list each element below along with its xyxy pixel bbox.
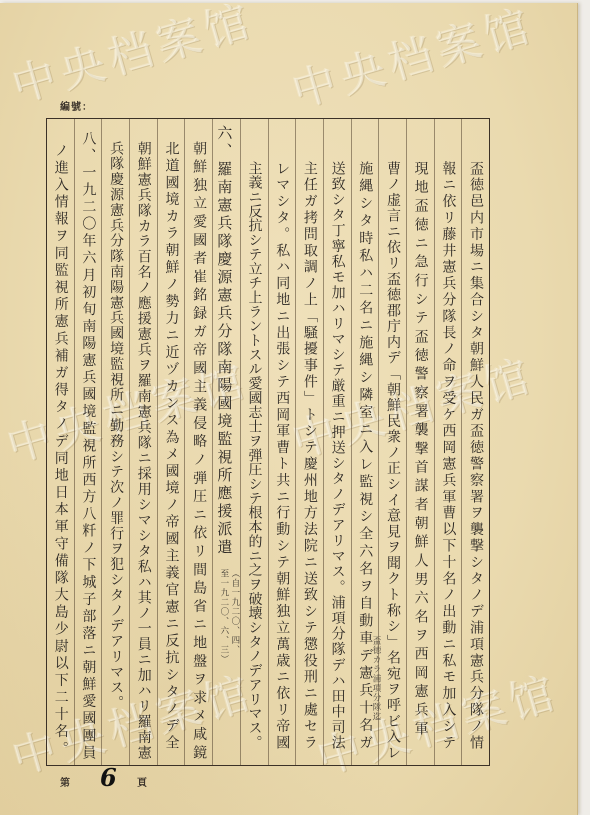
text-column-7: 主任ガ拷問取調ノ上「騒擾事件」トシテ慶州地方法院ニ送致シテ懲役刑ニ處セラ xyxy=(295,119,323,765)
text-column-8: レマシタ。私ハ同地ニ出張シテ西岡軍曹ト共ニ行動シテ朝鮮独立萬歳ニ依リ帝國 xyxy=(268,119,296,765)
date-range-note: （自一九二〇、四、至一九二〇、六、三） xyxy=(218,569,240,664)
page-label-prefix: 第 xyxy=(60,774,70,789)
text-column-10: 六、羅南憲兵隊慶源憲兵分隊南陽國境監視所應援派遣（自一九二〇、四、至一九二〇、六… xyxy=(212,119,240,765)
text-column-6: 送致シタ丁寧私モ加ハリマシテ厳重ニ押送シタノデアリマス。浦項分隊デハ田中司法 xyxy=(323,119,351,765)
text-column-3: 現地盃徳ニ急行シテ盃徳警察署襲撃首謀者朝鮮人男六名ヲ西岡憲兵軍 xyxy=(406,119,434,765)
date-range-from: （自一九二〇、四、 xyxy=(229,569,240,664)
serial-number-label: 編號： xyxy=(60,98,93,113)
text-column-16: ノ進入情報ヲ同監視所憲兵補ガ得タノデ同地日本軍守備隊大島少尉以下二十名。 xyxy=(47,119,74,765)
text-column-12: 北道國境カラ朝鮮ノ勢力ニ近ヅカンス為メ國境ノ帝國主義官憲ニ反抗シタノデ全 xyxy=(157,119,185,765)
manuscript-grid: 盃徳邑内市場ニ集合シタ朝鮮人民ガ盃徳警察署ヲ襲撃シタノデ浦項憲兵分隊ノ情 報ニ依… xyxy=(46,118,490,766)
page-label-suffix: 頁 xyxy=(137,774,147,789)
margin-annotation: 盃徳カラ浦項分隊迄 xyxy=(371,636,381,722)
text-column-13: 朝鮮憲兵隊カラ百名ノ應援憲兵ヲ羅南憲兵隊ニ採用シマシタ私ハ其ノ一員ニ加ハリ羅南憲 xyxy=(129,119,157,765)
section-heading: 六、羅南憲兵隊慶源憲兵分隊南陽國境監視所應援派遣 xyxy=(215,125,233,557)
archive-watermark: 中央档案馆 xyxy=(288,4,540,115)
archive-watermark: 中央档案馆 xyxy=(8,0,260,110)
text-column-4: 曹ノ虚言ニ依リ盃徳郡庁内デ「朝鮮民衆ノ正シイ意見ヲ聞クト称シ」名宛ヲ呼ビ入レ xyxy=(378,119,406,765)
page-number: 6 xyxy=(100,763,117,792)
date-range-to: 至一九二〇、六、三） xyxy=(218,569,229,664)
text-column-14: 兵隊慶源憲兵分隊南陽憲兵國境監視所ニ勤務シテ次ノ罪行ヲ犯シタノデアリマス。 xyxy=(101,119,129,765)
text-column-15: 八、一九二〇年六月初旬南陽憲兵國境監視所西方八粁ノ下城子部落ニ朝鮮愛國團員 xyxy=(74,119,102,765)
text-column-11: 朝鮮独立愛國者崔銘録ガ帝國主義侵略ノ弾圧ニ依リ間島省ニ地盤ヲ求メ咸鏡 xyxy=(184,119,212,765)
document-page: 中央档案馆 中央档案馆 中央档案馆 中央档案馆 中央档案馆 中央档案馆 編號： … xyxy=(0,3,577,815)
text-column-1: 盃徳邑内市場ニ集合シタ朝鮮人民ガ盃徳警察署ヲ襲撃シタノデ浦項憲兵分隊ノ情 xyxy=(461,119,489,765)
text-column-9: 主義ニ反抗シテ立チ上ラントスル愛國志士ヲ弾圧シテ根本的ニ之ヲ破壊シタノデアリマス… xyxy=(240,119,268,765)
text-column-2: 報ニ依リ藤井憲兵分隊長ノ命ヲ受ケ西岡憲兵軍曹以下十名ノ出動ニ私モ加入シテ xyxy=(434,119,462,765)
